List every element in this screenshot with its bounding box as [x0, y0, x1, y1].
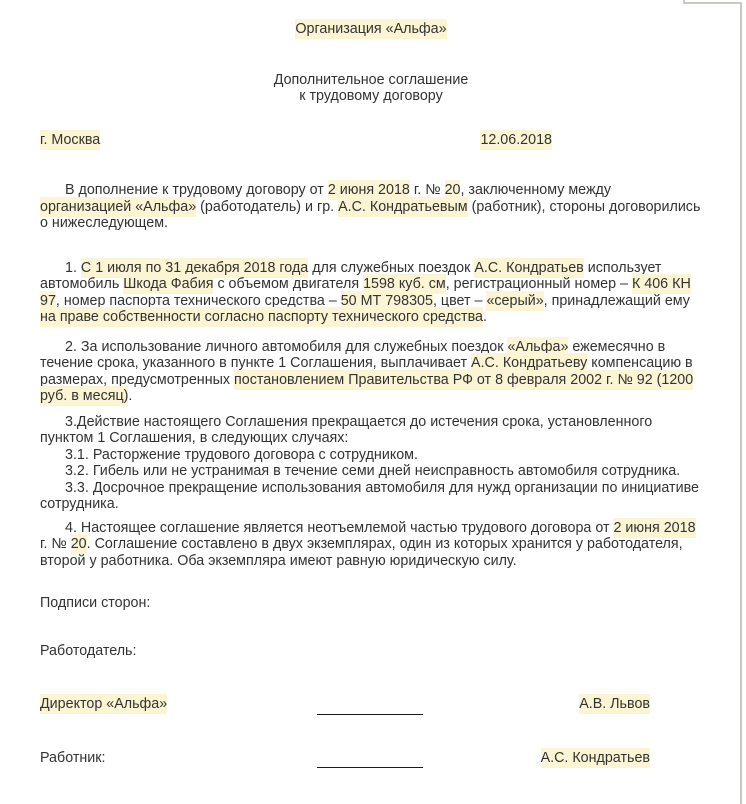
employer-name: А.В. Львов: [579, 696, 650, 713]
highlighted-text: А.С. Кондратьев: [541, 748, 650, 768]
text-run: с объемом двигателя: [213, 276, 363, 292]
clause-3-3-paragraph: 3.3. Досрочное прекращение использования…: [40, 480, 702, 513]
text-run: г. №: [40, 536, 71, 552]
clause-1-paragraph: 1. С 1 июля по 31 декабря 2018 года для …: [40, 260, 702, 326]
right-border-line: [740, 3, 742, 804]
employer-label: Работодатель:: [40, 643, 702, 660]
highlighted-text: Директор «Альфа»: [40, 694, 167, 714]
text-run: 3.3. Досрочное прекращение использования…: [40, 480, 699, 513]
text-run: , заключенному между: [460, 182, 611, 198]
document-title-line-2: к трудовому договору: [40, 88, 702, 105]
signature-line-employer: [317, 714, 423, 715]
organization-name: Организация «Альфа»: [40, 21, 702, 38]
highlighted-text: 2 июня 2018: [613, 518, 695, 538]
clause-3-2-paragraph: 3.2. Гибель или не устранимая в течение …: [40, 463, 702, 480]
text-run: 1.: [65, 260, 81, 276]
document-title: Дополнительное соглашение к трудовому до…: [40, 72, 702, 105]
text-run: , принадлежащий ему: [544, 293, 690, 309]
intro-paragraph: В дополнение к трудовому договору от 2 и…: [40, 182, 702, 232]
top-right-frame-line: [684, 2, 742, 4]
employer-position: Директор «Альфа»: [40, 696, 167, 713]
text-run: , регистрационный номер –: [446, 276, 632, 292]
clause-2-paragraph: 2. За использование личного автомобиля д…: [40, 339, 702, 405]
employee-label: Работник:: [40, 750, 106, 767]
highlighted-text: на праве собственности согласно паспорту…: [40, 307, 483, 327]
highlighted-text: А.С. Кондратьевым: [338, 197, 468, 217]
employee-signature-row: Работник: А.С. Кондратьев: [40, 750, 702, 767]
highlighted-text: организацией «Альфа»: [40, 197, 196, 217]
text-run: .: [128, 388, 132, 404]
text-run: 3.2. Гибель или не устранимая в течение …: [65, 463, 680, 479]
highlighted-text: 20: [71, 534, 87, 554]
highlighted-text: 12.06.2018: [480, 130, 552, 150]
text-run: .: [483, 309, 487, 325]
clause-3-paragraph: 3.Действие настоящего Соглашения прекращ…: [40, 414, 702, 447]
signature-line-employee: [317, 767, 423, 768]
text-run: 2. За использование личного автомобиля д…: [65, 339, 507, 355]
document-content: Организация «Альфа» Дополнительное согла…: [0, 0, 746, 768]
signatures-heading: Подписи сторон:: [40, 595, 702, 612]
city-label: г. Москва: [40, 132, 100, 149]
employer-signature-row: Директор «Альфа» А.В. Львов: [40, 696, 702, 713]
highlighted-text: Организация «Альфа»: [295, 19, 446, 39]
text-run: г. №: [410, 182, 445, 198]
place-date-row: г. Москва 12.06.2018: [40, 132, 702, 149]
clause-4-paragraph: 4. Настоящее соглашение является неотъем…: [40, 520, 702, 570]
highlighted-text: А.В. Львов: [579, 694, 650, 714]
highlighted-text: А.С. Кондратьев: [474, 258, 583, 278]
text-run: . Соглашение составлено в двух экземпляр…: [40, 536, 683, 569]
highlighted-text: Шкода Фабия: [123, 274, 213, 294]
text-run: (работодатель) и гр.: [196, 199, 338, 215]
text-run: 3.Действие настоящего Соглашения прекращ…: [40, 414, 652, 447]
text-run: 3.1. Расторжение трудового договора с со…: [65, 447, 418, 463]
text-run: 4. Настоящее соглашение является неотъем…: [65, 520, 613, 536]
clause-3-1-paragraph: 3.1. Расторжение трудового договора с со…: [40, 447, 702, 464]
document-date: 12.06.2018: [480, 132, 552, 149]
employee-name: А.С. Кондратьев: [541, 750, 650, 767]
document-title-line-1: Дополнительное соглашение: [40, 72, 702, 89]
highlighted-text: г. Москва: [40, 130, 100, 150]
highlighted-text: «серый»: [486, 291, 543, 311]
document-page: Организация «Альфа» Дополнительное согла…: [0, 0, 746, 804]
text-run: В дополнение к трудовому договору от: [65, 182, 328, 198]
